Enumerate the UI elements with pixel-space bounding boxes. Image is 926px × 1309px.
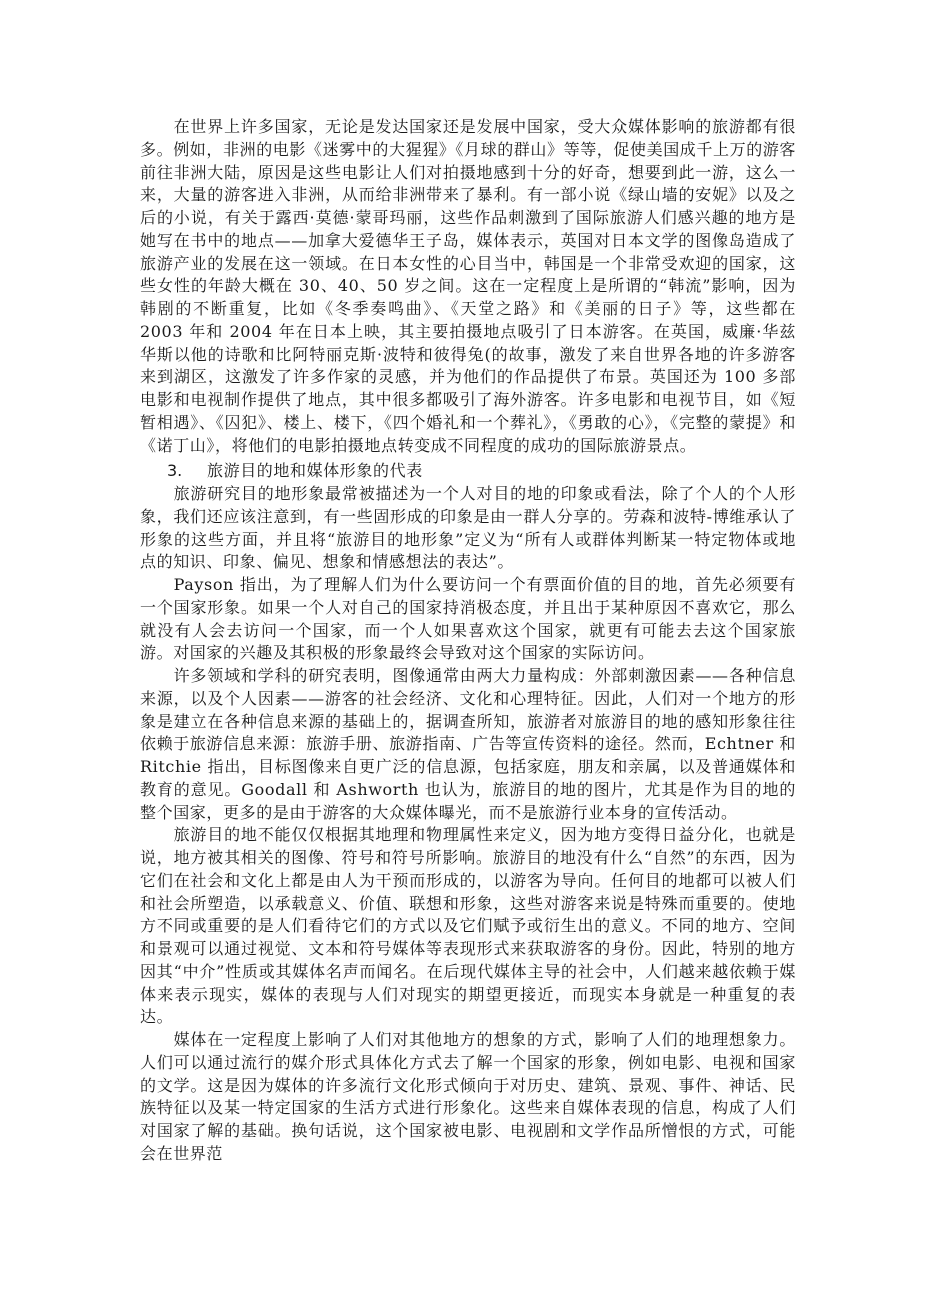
paragraph-media-imagination: 媒体在一定程度上影响了人们对其他地方的想象的方式，影响了人们的地理想象力。人们可… [140, 1029, 796, 1166]
document-page: 在世界上许多国家，无论是发达国家还是发展中国家，受大众媒体影响的旅游都有很多。例… [140, 116, 796, 1166]
paragraph-payson: Payson 指出，为了理解人们为什么要访问一个有票面价值的目的地，首先必须要有… [140, 574, 796, 665]
paragraph-destination-construction: 旅游目的地不能仅仅根据其地理和物理属性来定义，因为地方变得日益分化，也就是说，地… [140, 824, 796, 1029]
paragraph-film-tourism-examples: 在世界上许多国家，无论是发达国家还是发展中国家，受大众媒体影响的旅游都有很多。例… [140, 116, 796, 457]
paragraph-destination-image-definition: 旅游研究目的地形象最常被描述为一个人对目的地的印象或看法，除了个人的个人形象，我… [140, 483, 796, 574]
paragraph-image-formation-factors: 许多领域和学科的研究表明，图像通常由两大力量构成：外部刺激因素——各种信息来源，… [140, 665, 796, 824]
section-number: 3. [167, 460, 207, 483]
section-title: 旅游目的地和媒体形象的代表 [207, 460, 423, 483]
section-heading: 3. 旅游目的地和媒体形象的代表 [140, 460, 796, 483]
